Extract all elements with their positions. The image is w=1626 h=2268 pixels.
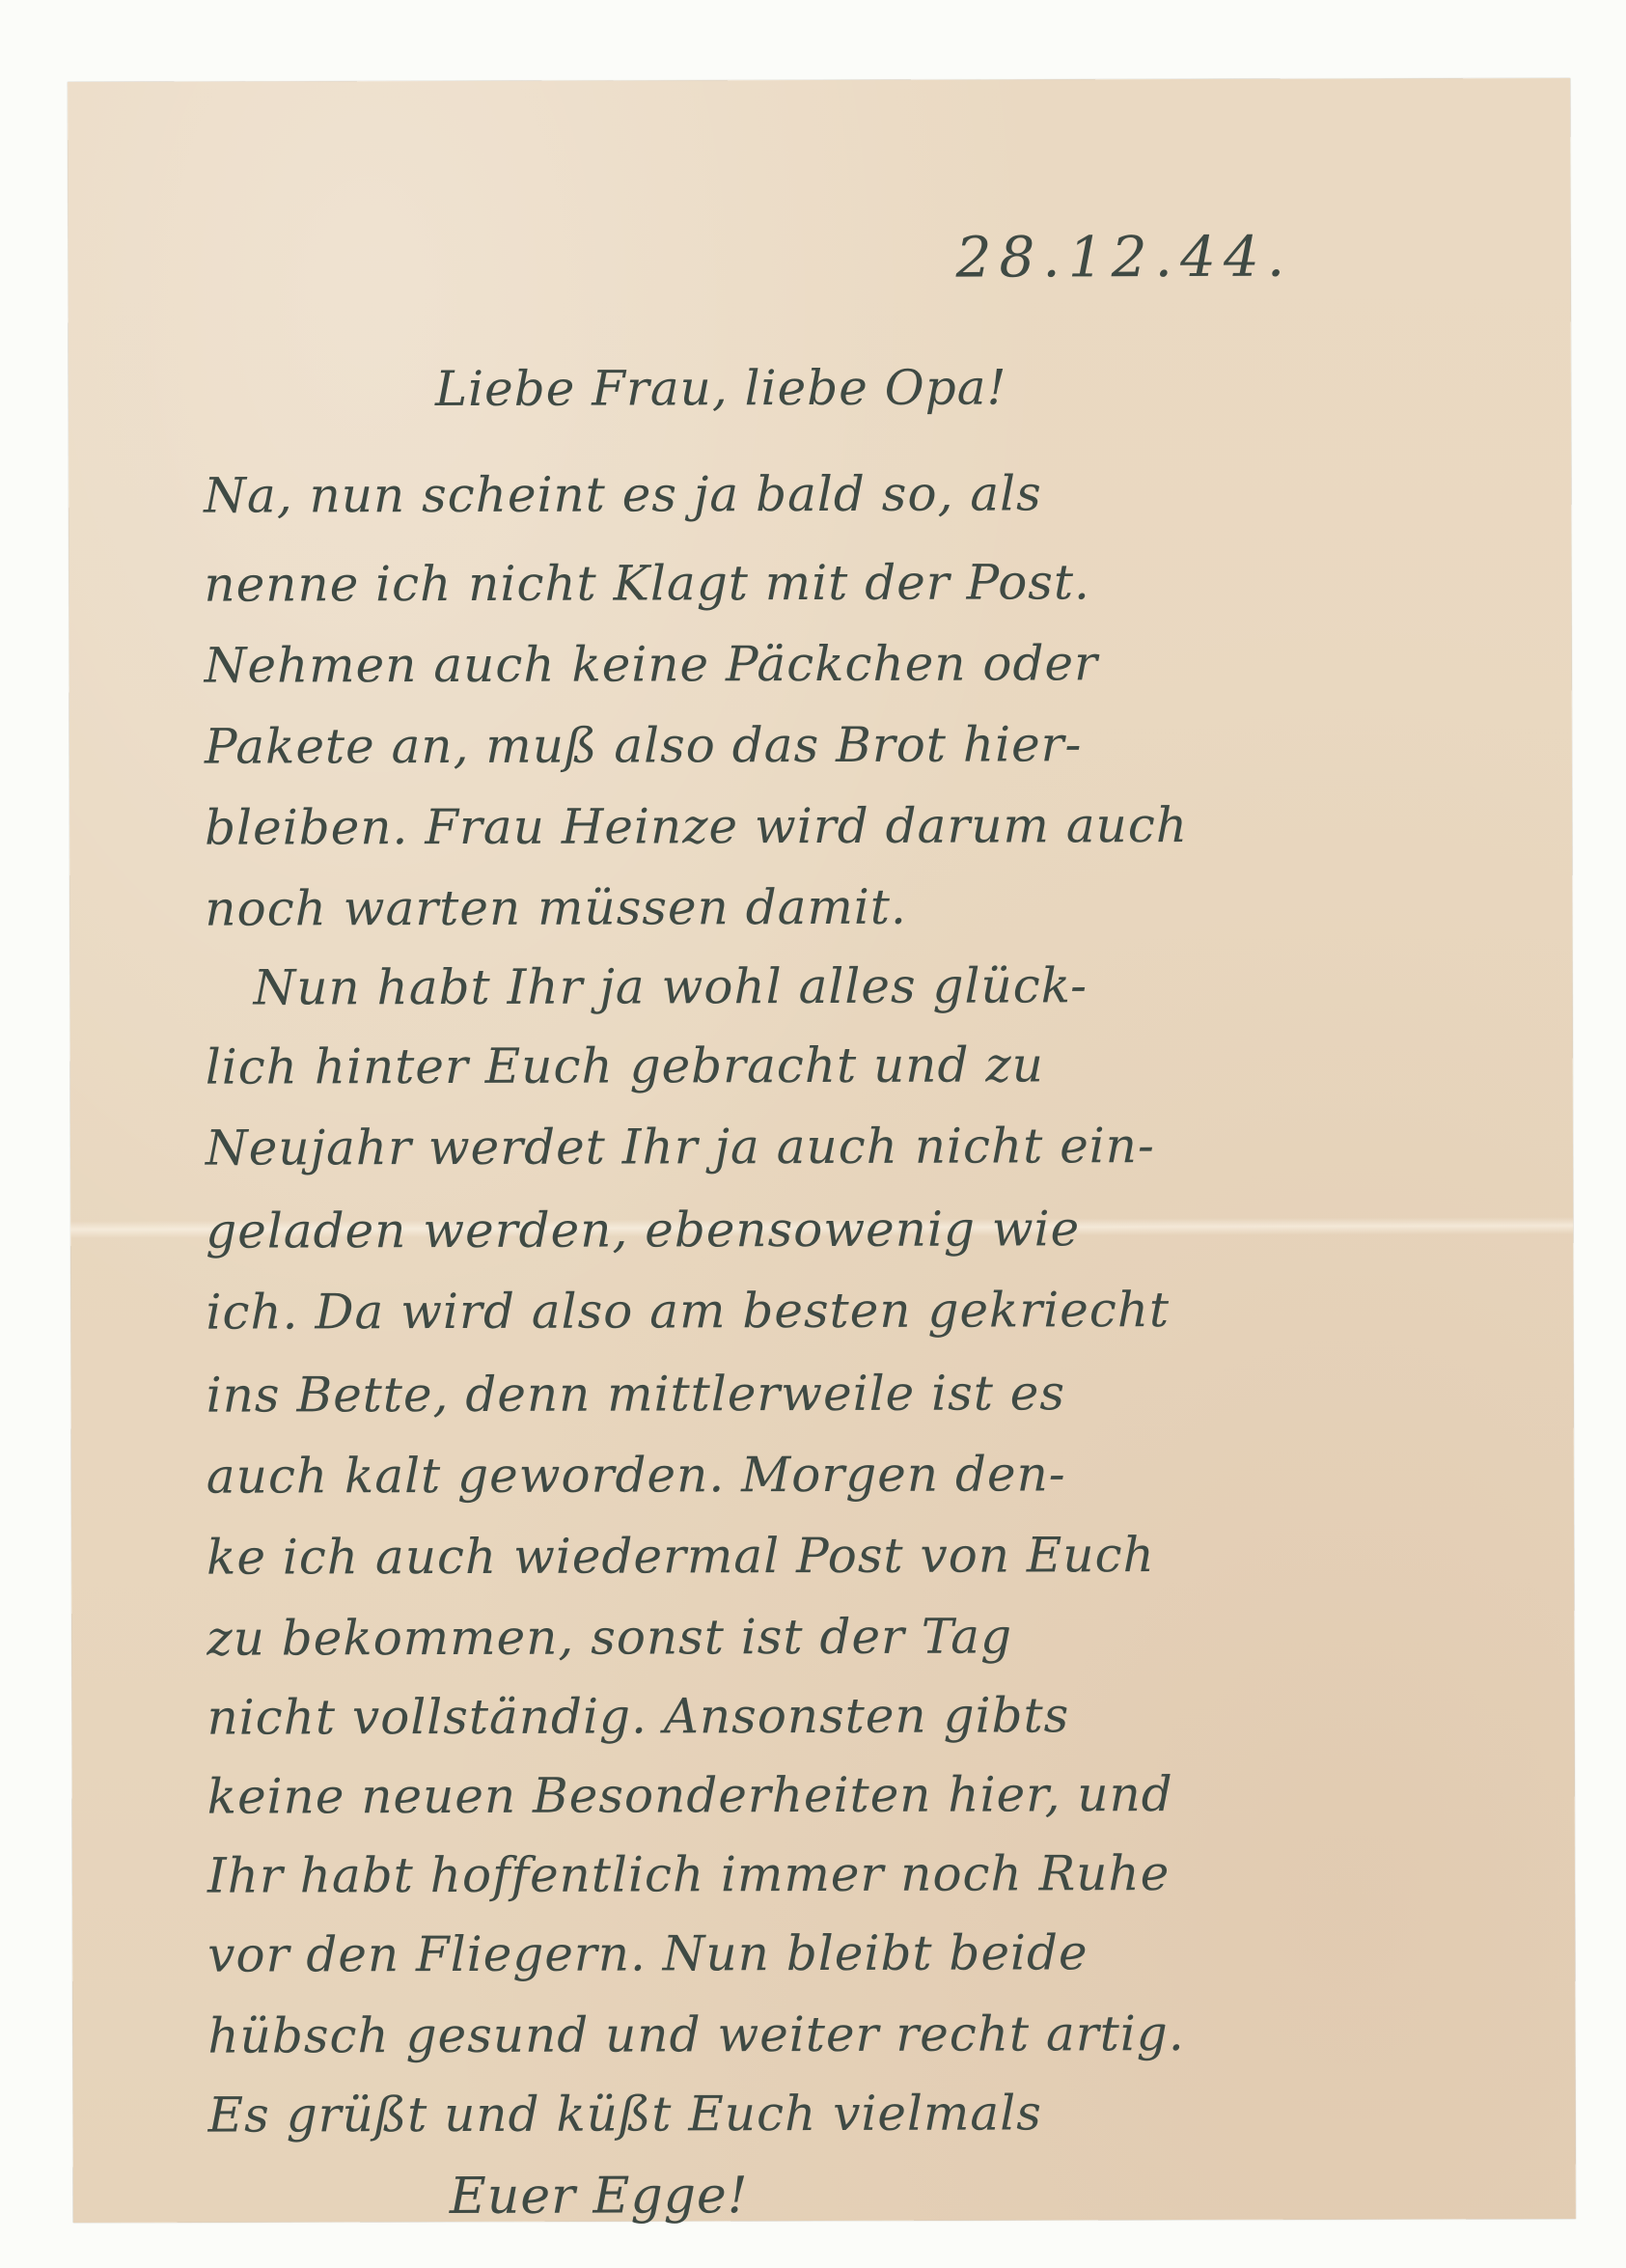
letter-signature: Euer Egge! [450, 2167, 749, 2226]
letter-line: zu bekommen, sonst ist der Tag [207, 1608, 1012, 1666]
letter-line: geladen werden, ebensowenig wie [206, 1201, 1080, 1258]
letter-line: Nun habt Ihr ja wohl alles glück- [253, 957, 1088, 1015]
letter-line: Nehmen auch keine Päckchen oder [205, 635, 1098, 693]
letter-line: vor den Fliegern. Nun bleibt beide [207, 1924, 1089, 1982]
letter-line: hübsch gesund und weiter recht artig. [207, 2005, 1184, 2064]
letter-line: keine neuen Besonderheiten hier, und [207, 1766, 1173, 1825]
letter-line: Na, nun scheint es ja bald so, als [204, 465, 1042, 523]
letter-line: ich. Da wird also am besten gekriecht [206, 1282, 1170, 1341]
letter-line: Es grüßt und küßt Euch vielmals [208, 2085, 1042, 2143]
letter-date: 28.12.44. [955, 224, 1292, 290]
letter-line: noch warten müssen damit. [205, 879, 907, 937]
letter-line: auch kalt geworden. Morgen den- [207, 1446, 1066, 1504]
letter-line: Neujahr werdet Ihr ja auch nicht ein- [206, 1118, 1155, 1176]
letter-salutation: Liebe Frau, liebe Opa! [435, 359, 1007, 417]
letter-line: Pakete an, muß also das Brot hier- [205, 716, 1083, 774]
letter-line: ke ich auch wiedermal Post von Euch [207, 1527, 1155, 1586]
letter-line: bleiben. Frau Heinze wird darum auch [205, 797, 1188, 856]
letter-line: nenne ich nicht Klagt mit der Post. [204, 554, 1090, 612]
letter-line: lich hinter Euch gebracht und zu [206, 1037, 1044, 1094]
letter-line: nicht vollständig. Ansonsten gibts [207, 1687, 1069, 1745]
letter-line: Ihr habt hoffentlich immer noch Ruhe [207, 1845, 1170, 1904]
letter-line: ins Bette, denn mittlerweile ist es [207, 1365, 1066, 1423]
letter-paper: 28.12.44. Liebe Frau, liebe Opa! Na, nun… [68, 78, 1576, 2223]
